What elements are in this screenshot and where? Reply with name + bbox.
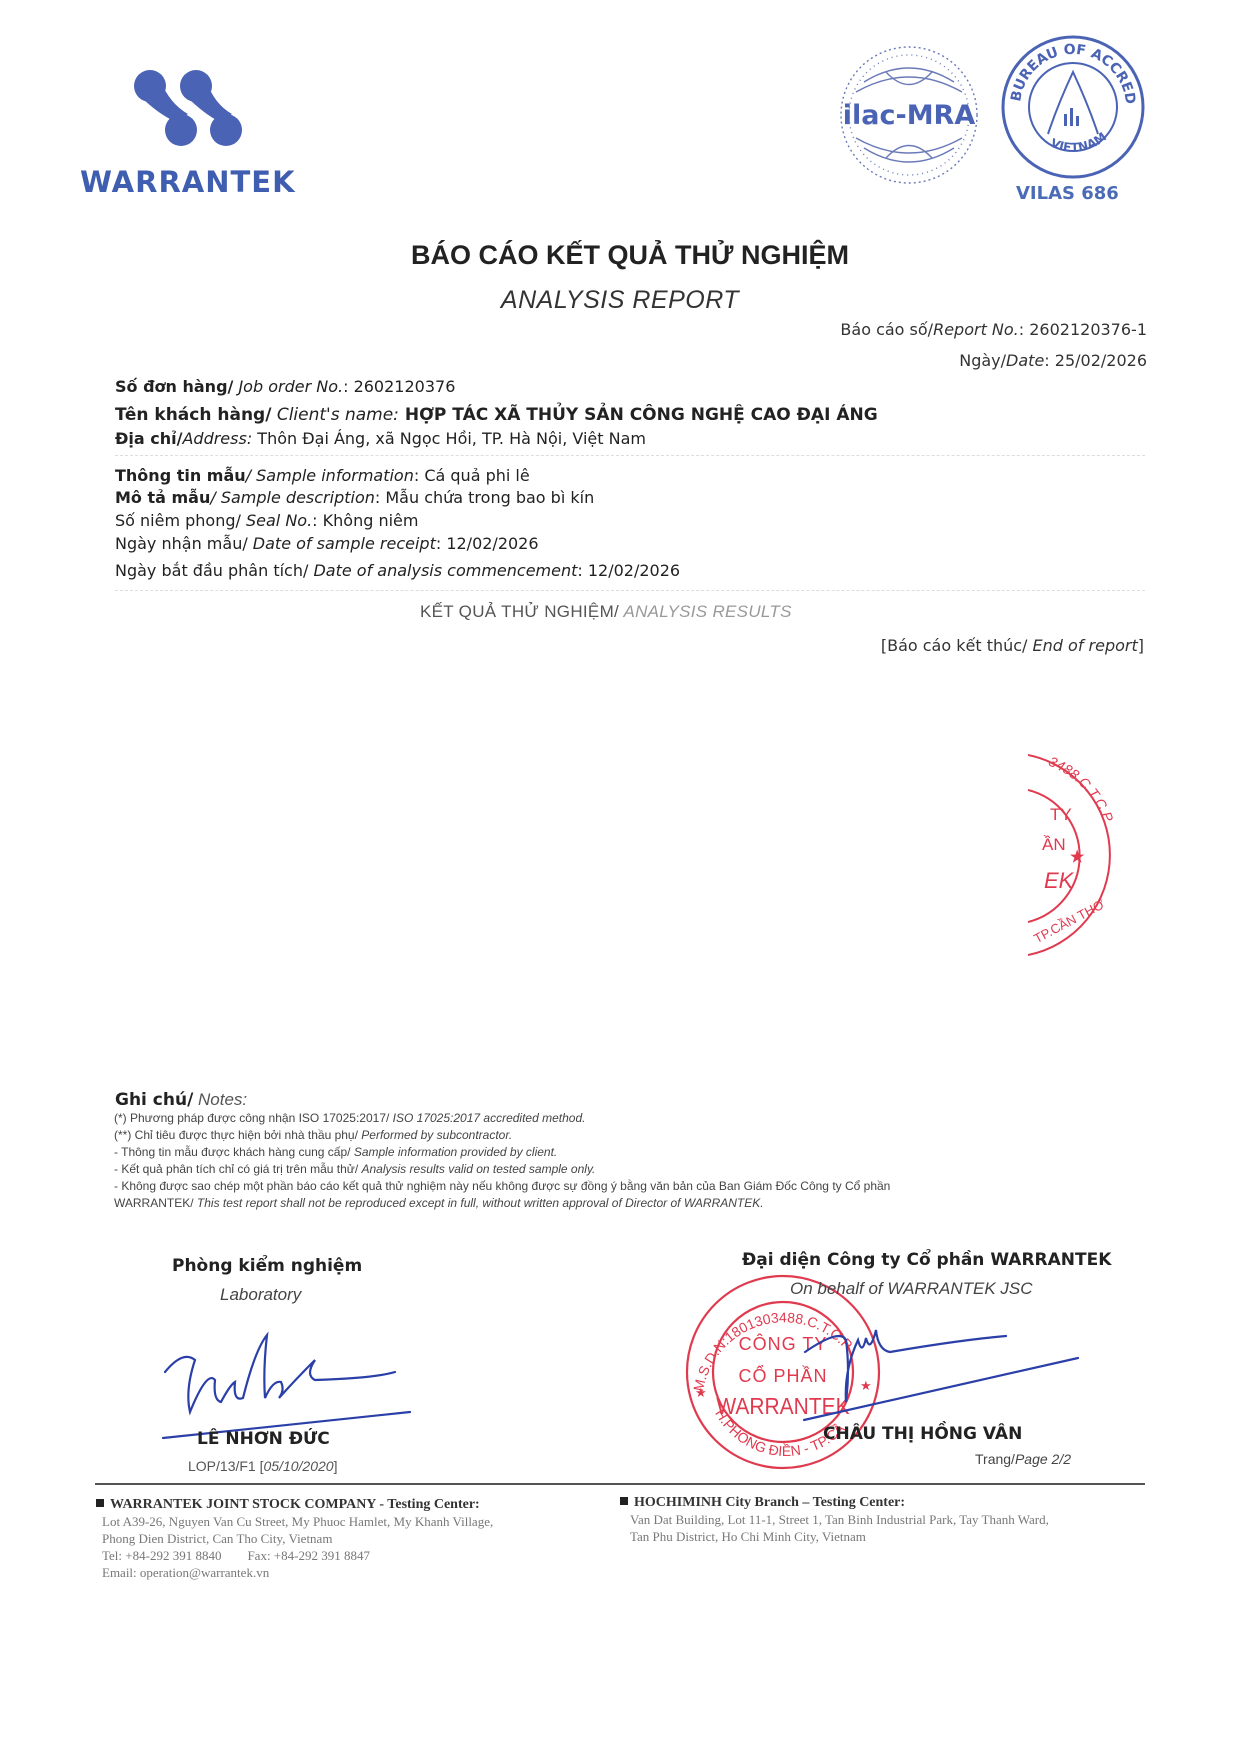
note-item: WARRANTEK/ This test report shall not be… [114, 1196, 764, 1210]
bullet-icon [620, 1497, 628, 1505]
divider [115, 590, 1145, 591]
company-representative-title: Đại diện Công ty Cổ phần WARRANTEK [742, 1250, 1111, 1270]
note-item: - Thông tin mẫu được khách hàng cung cấp… [114, 1145, 557, 1159]
partial-company-stamp-icon: 3488.C.T.C.P ★ TP.CẦN THƠ TY ẦN EK [1028, 750, 1148, 960]
footer-testing-center: WARRANTEK JOINT STOCK COMPANY - Testing … [96, 1496, 493, 1581]
svg-text:ẦN: ẦN [1042, 835, 1066, 854]
bullet-icon [96, 1499, 104, 1507]
svg-text:TP.CẦN THƠ: TP.CẦN THƠ [1031, 896, 1107, 946]
page-number: Trang/Page 2/2 [975, 1451, 1071, 1467]
laboratory-title: Phòng kiểm nghiệm [172, 1256, 362, 1276]
company-representative-subtitle: On behalf of WARRANTEK JSC [790, 1279, 1033, 1299]
svg-text:BUREAU OF ACCREDITATION: BUREAU OF ACCREDITATION [1000, 34, 1138, 105]
svg-text:VIETNAM: VIETNAM [1048, 130, 1109, 155]
seal-number-line: Số niêm phong/ Seal No.: Không niêm [115, 511, 418, 530]
report-title-en: ANALYSIS REPORT [0, 286, 1240, 315]
sample-description-line: Mô tả mẫu/ Sample description: Mẫu chứa … [115, 488, 594, 507]
laboratory-signer-name: LÊ NHƠN ĐỨC [197, 1429, 330, 1449]
sample-info-line: Thông tin mẫu/ Sample information: Cá qu… [115, 466, 530, 485]
job-order-line: Số đơn hàng/ Job order No.: 2602120376 [115, 377, 455, 396]
sample-receipt-date-line: Ngày nhận mẫu/ Date of sample receipt: 1… [115, 534, 539, 553]
vilas-number: VILAS 686 [1016, 183, 1119, 204]
representative-signature-icon [800, 1310, 1090, 1430]
logo-wordmark: WARRANTEK [80, 165, 296, 199]
svg-text:★: ★ [1070, 849, 1085, 866]
note-item: - Kết quả phân tích chỉ có giá trị trên … [114, 1162, 595, 1176]
note-item: (**) Chỉ tiêu được thực hiện bởi nhà thầ… [114, 1128, 512, 1142]
analysis-commencement-line: Ngày bắt đầu phân tích/ Date of analysis… [115, 561, 680, 580]
svg-text:ilac-MRA: ilac-MRA [843, 100, 976, 131]
laboratory-signature-icon [155, 1320, 415, 1440]
form-code: LOP/13/F1 [05/10/2020] [188, 1458, 337, 1474]
note-item: (*) Phương pháp được công nhận ISO 17025… [114, 1111, 585, 1125]
svg-text:TY: TY [1050, 805, 1072, 824]
report-date: Ngày/Date: 25/02/2026 [959, 351, 1147, 370]
client-name-line: Tên khách hàng/ Client's name: HỢP TÁC X… [115, 405, 878, 425]
analysis-results-heading: KẾT QUẢ THỬ NGHIỆM/ ANALYSIS RESULTS [420, 602, 792, 622]
svg-text:★: ★ [695, 1386, 707, 1401]
report-number: Báo cáo số/Report No.: 2602120376-1 [840, 320, 1147, 339]
divider [115, 455, 1145, 456]
representative-signer-name: CHÂU THỊ HỒNG VÂN [823, 1424, 1022, 1444]
notes-heading: Ghi chú/ Notes: [115, 1090, 247, 1110]
footer-hcm-branch: HOCHIMINH City Branch – Testing Center: … [620, 1494, 1049, 1545]
footer-divider [95, 1483, 1145, 1485]
ilac-mra-badge-icon: ilac-MRA [836, 42, 982, 188]
report-title-vn: BÁO CÁO KẾT QUẢ THỬ NGHIỆM [0, 240, 1240, 271]
svg-text:EK: EK [1044, 868, 1075, 893]
end-of-report: [Báo cáo kết thúc/ End of report] [881, 636, 1144, 655]
laboratory-subtitle: Laboratory [220, 1285, 301, 1305]
bureau-of-accreditation-badge-icon: BUREAU OF ACCREDITATION VIETNAM [1000, 34, 1146, 180]
note-item: - Không được sao chép một phần báo cáo k… [114, 1179, 890, 1193]
address-line: Địa chỉ/Address: Thôn Đại Áng, xã Ngọc H… [115, 429, 646, 448]
